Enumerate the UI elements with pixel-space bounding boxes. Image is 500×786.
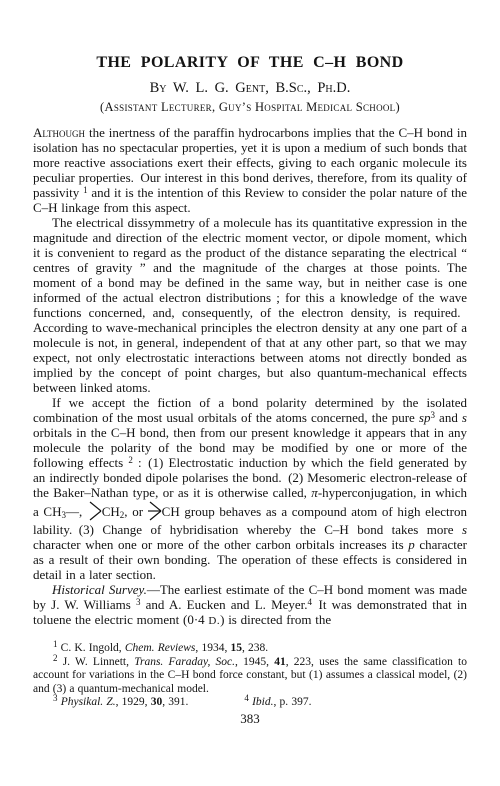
volume-number: 30 bbox=[151, 696, 163, 708]
paragraph-dipole-moment: The electrical dissymmetry of a molecule… bbox=[33, 215, 467, 395]
page-number: 383 bbox=[33, 712, 467, 726]
lead-word: Although bbox=[33, 125, 85, 140]
footnote-2: 2 J. W. Linnett, Trans. Faraday, Soc., 1… bbox=[33, 656, 467, 697]
paragraph-bond-polarity-effects: If we accept the fiction of a bond polar… bbox=[33, 395, 467, 582]
text-run: , 1945, bbox=[235, 656, 274, 668]
orbital-s: s bbox=[462, 410, 467, 425]
section-lead-historical-survey: Historical Survey. bbox=[52, 582, 147, 597]
text-run: , 391. bbox=[162, 696, 188, 708]
text-run: The electrical dissymmetry of a molecule… bbox=[33, 215, 467, 395]
volume-number: 41 bbox=[274, 656, 286, 668]
paragraph-historical-survey: Historical Survey.—The earliest estimate… bbox=[33, 582, 467, 629]
paragraph-intro: Although the inertness of the paraffin h… bbox=[33, 125, 467, 215]
orbital-sp: sp bbox=[419, 410, 431, 425]
footnote-3: 3 Physikal. Z., 1929, 30, 391. bbox=[53, 696, 188, 708]
text-run: If we accept the fiction of a bond polar… bbox=[33, 395, 467, 425]
journal-name: Physikal. Z. bbox=[61, 696, 116, 708]
text-run: —, bbox=[66, 504, 89, 519]
text-run: , 1929, bbox=[116, 696, 151, 708]
text-run: character when one or more of the other … bbox=[33, 537, 408, 552]
footnote-row-3-4: 3 Physikal. Z., 1929, 30, 391.4 Ibid., p… bbox=[33, 696, 467, 710]
footnote-4: 4 Ibid., p. 397. bbox=[244, 696, 311, 708]
text-run: ) is directed from the bbox=[220, 612, 331, 627]
text-run: , 1934, bbox=[195, 642, 230, 654]
text-run: , 238. bbox=[242, 642, 268, 654]
article-title: THE POLARITY OF THE C–H BOND bbox=[33, 54, 467, 71]
author-affiliation: (Assistant Lecturer, Guy’s Hospital Medi… bbox=[33, 101, 467, 114]
footnote-block: 1 C. K. Ingold, Chem. Reviews, 1934, 15,… bbox=[33, 642, 467, 710]
article-body: Although the inertness of the paraffin h… bbox=[33, 125, 467, 629]
ch2-double-bond-lines-icon bbox=[89, 500, 102, 522]
ibid-reference: Ibid. bbox=[252, 696, 273, 708]
scanned-paper-page: THE POLARITY OF THE C–H BOND By W. L. G.… bbox=[0, 0, 500, 786]
journal-name: Trans. Faraday, Soc. bbox=[134, 656, 235, 668]
author-byline: By W. L. G. Gent, B.Sc., Ph.D. bbox=[33, 81, 467, 96]
text-run: and bbox=[435, 410, 462, 425]
footnote-marker-3: 3 bbox=[53, 693, 58, 703]
footnote-1: 1 C. K. Ingold, Chem. Reviews, 1934, 15,… bbox=[33, 642, 467, 656]
debye-unit: D. bbox=[208, 615, 220, 627]
volume-number: 15 bbox=[231, 642, 243, 654]
text-run: , p. 397. bbox=[274, 696, 312, 708]
text-run: and it is the intention of this Review t… bbox=[33, 185, 467, 215]
text-run: and A. Eucken and L. Meyer. bbox=[140, 597, 307, 612]
character-s: s bbox=[462, 522, 467, 537]
journal-name: Chem. Reviews bbox=[125, 642, 196, 654]
text-run: , or bbox=[124, 504, 147, 519]
text-run: C. K. Ingold, bbox=[58, 642, 125, 654]
text-run: CH bbox=[102, 504, 120, 519]
text-run: J. W. Linnett, bbox=[58, 656, 135, 668]
ch-triple-bond-lines-icon bbox=[148, 500, 162, 522]
